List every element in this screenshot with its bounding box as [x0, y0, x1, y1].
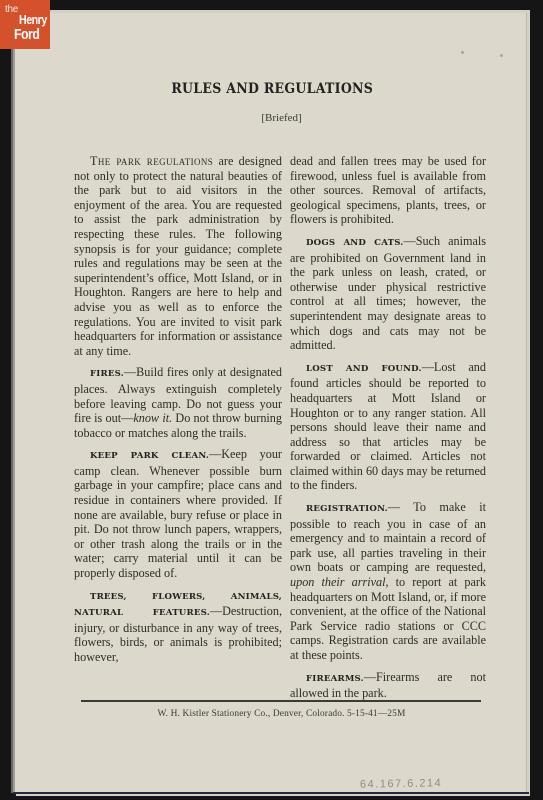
section-text: —Lost and found articles should be repor… [290, 360, 486, 493]
footer-divider [81, 700, 481, 702]
section-fires: FIRES.—Build fires only at designated pl… [74, 365, 282, 440]
scanned-document-viewer: the Henry Ford RULES AND REGULATIONS [Br… [0, 0, 543, 800]
paper-speck [500, 54, 503, 57]
paper-speck [461, 51, 464, 54]
intro-body: are designed not only to protect the nat… [74, 154, 282, 358]
henry-ford-logo[interactable]: the Henry Ford [0, 0, 50, 49]
section-keep-park-clean: KEEP PARK CLEAN.—Keep your camp clean. W… [74, 447, 282, 580]
accession-number: 64.167.6.214 [360, 777, 442, 790]
section-trees-continuation: dead and fallen trees may be used for fi… [290, 154, 486, 227]
printer-imprint: W. H. Kistler Stationery Co., Denver, Co… [0, 709, 543, 719]
logo-henry: Henry [19, 13, 47, 26]
intro-lead: The park regulations [90, 154, 213, 168]
page-bottom-edge [13, 792, 529, 794]
section-firearms: FIREARMS.—Firearms are not allowed in th… [290, 670, 486, 701]
logo-the: the [5, 5, 18, 15]
section-heading: REGISTRATION. [306, 504, 388, 514]
page-subtitle: [Briefed] [0, 112, 543, 124]
section-emphasis: upon their arrival, [290, 575, 389, 589]
section-text: —Keep your camp clean. Whenever possible… [74, 447, 282, 580]
logo-ford: Ford [14, 27, 39, 42]
section-heading: KEEP PARK CLEAN. [90, 451, 209, 461]
section-text: —Such animals are prohibited on Governme… [290, 234, 486, 352]
section-heading: LOST AND FOUND. [306, 364, 422, 374]
section-heading: FIREARMS. [306, 674, 364, 684]
right-column: dead and fallen trees may be used for fi… [290, 154, 486, 708]
section-dogs-and-cats: DOGS AND CATS.—Such animals are prohibit… [290, 234, 486, 353]
section-heading: DOGS AND CATS. [306, 238, 404, 248]
intro-paragraph: The park regulations are designed not on… [74, 154, 282, 358]
left-column: The park regulations are designed not on… [74, 154, 282, 665]
section-emphasis: know it. [133, 411, 172, 425]
section-heading: FIRES. [90, 369, 124, 379]
page-title: RULES AND REGULATIONS [20, 81, 525, 97]
section-trees-flowers: TREES, FLOWERS, ANIMALS, NATURAL FEATURE… [74, 588, 282, 665]
section-registration: REGISTRATION.— To make it possible to re… [290, 500, 486, 663]
section-lost-and-found: LOST AND FOUND.—Lost and found articles … [290, 360, 486, 493]
